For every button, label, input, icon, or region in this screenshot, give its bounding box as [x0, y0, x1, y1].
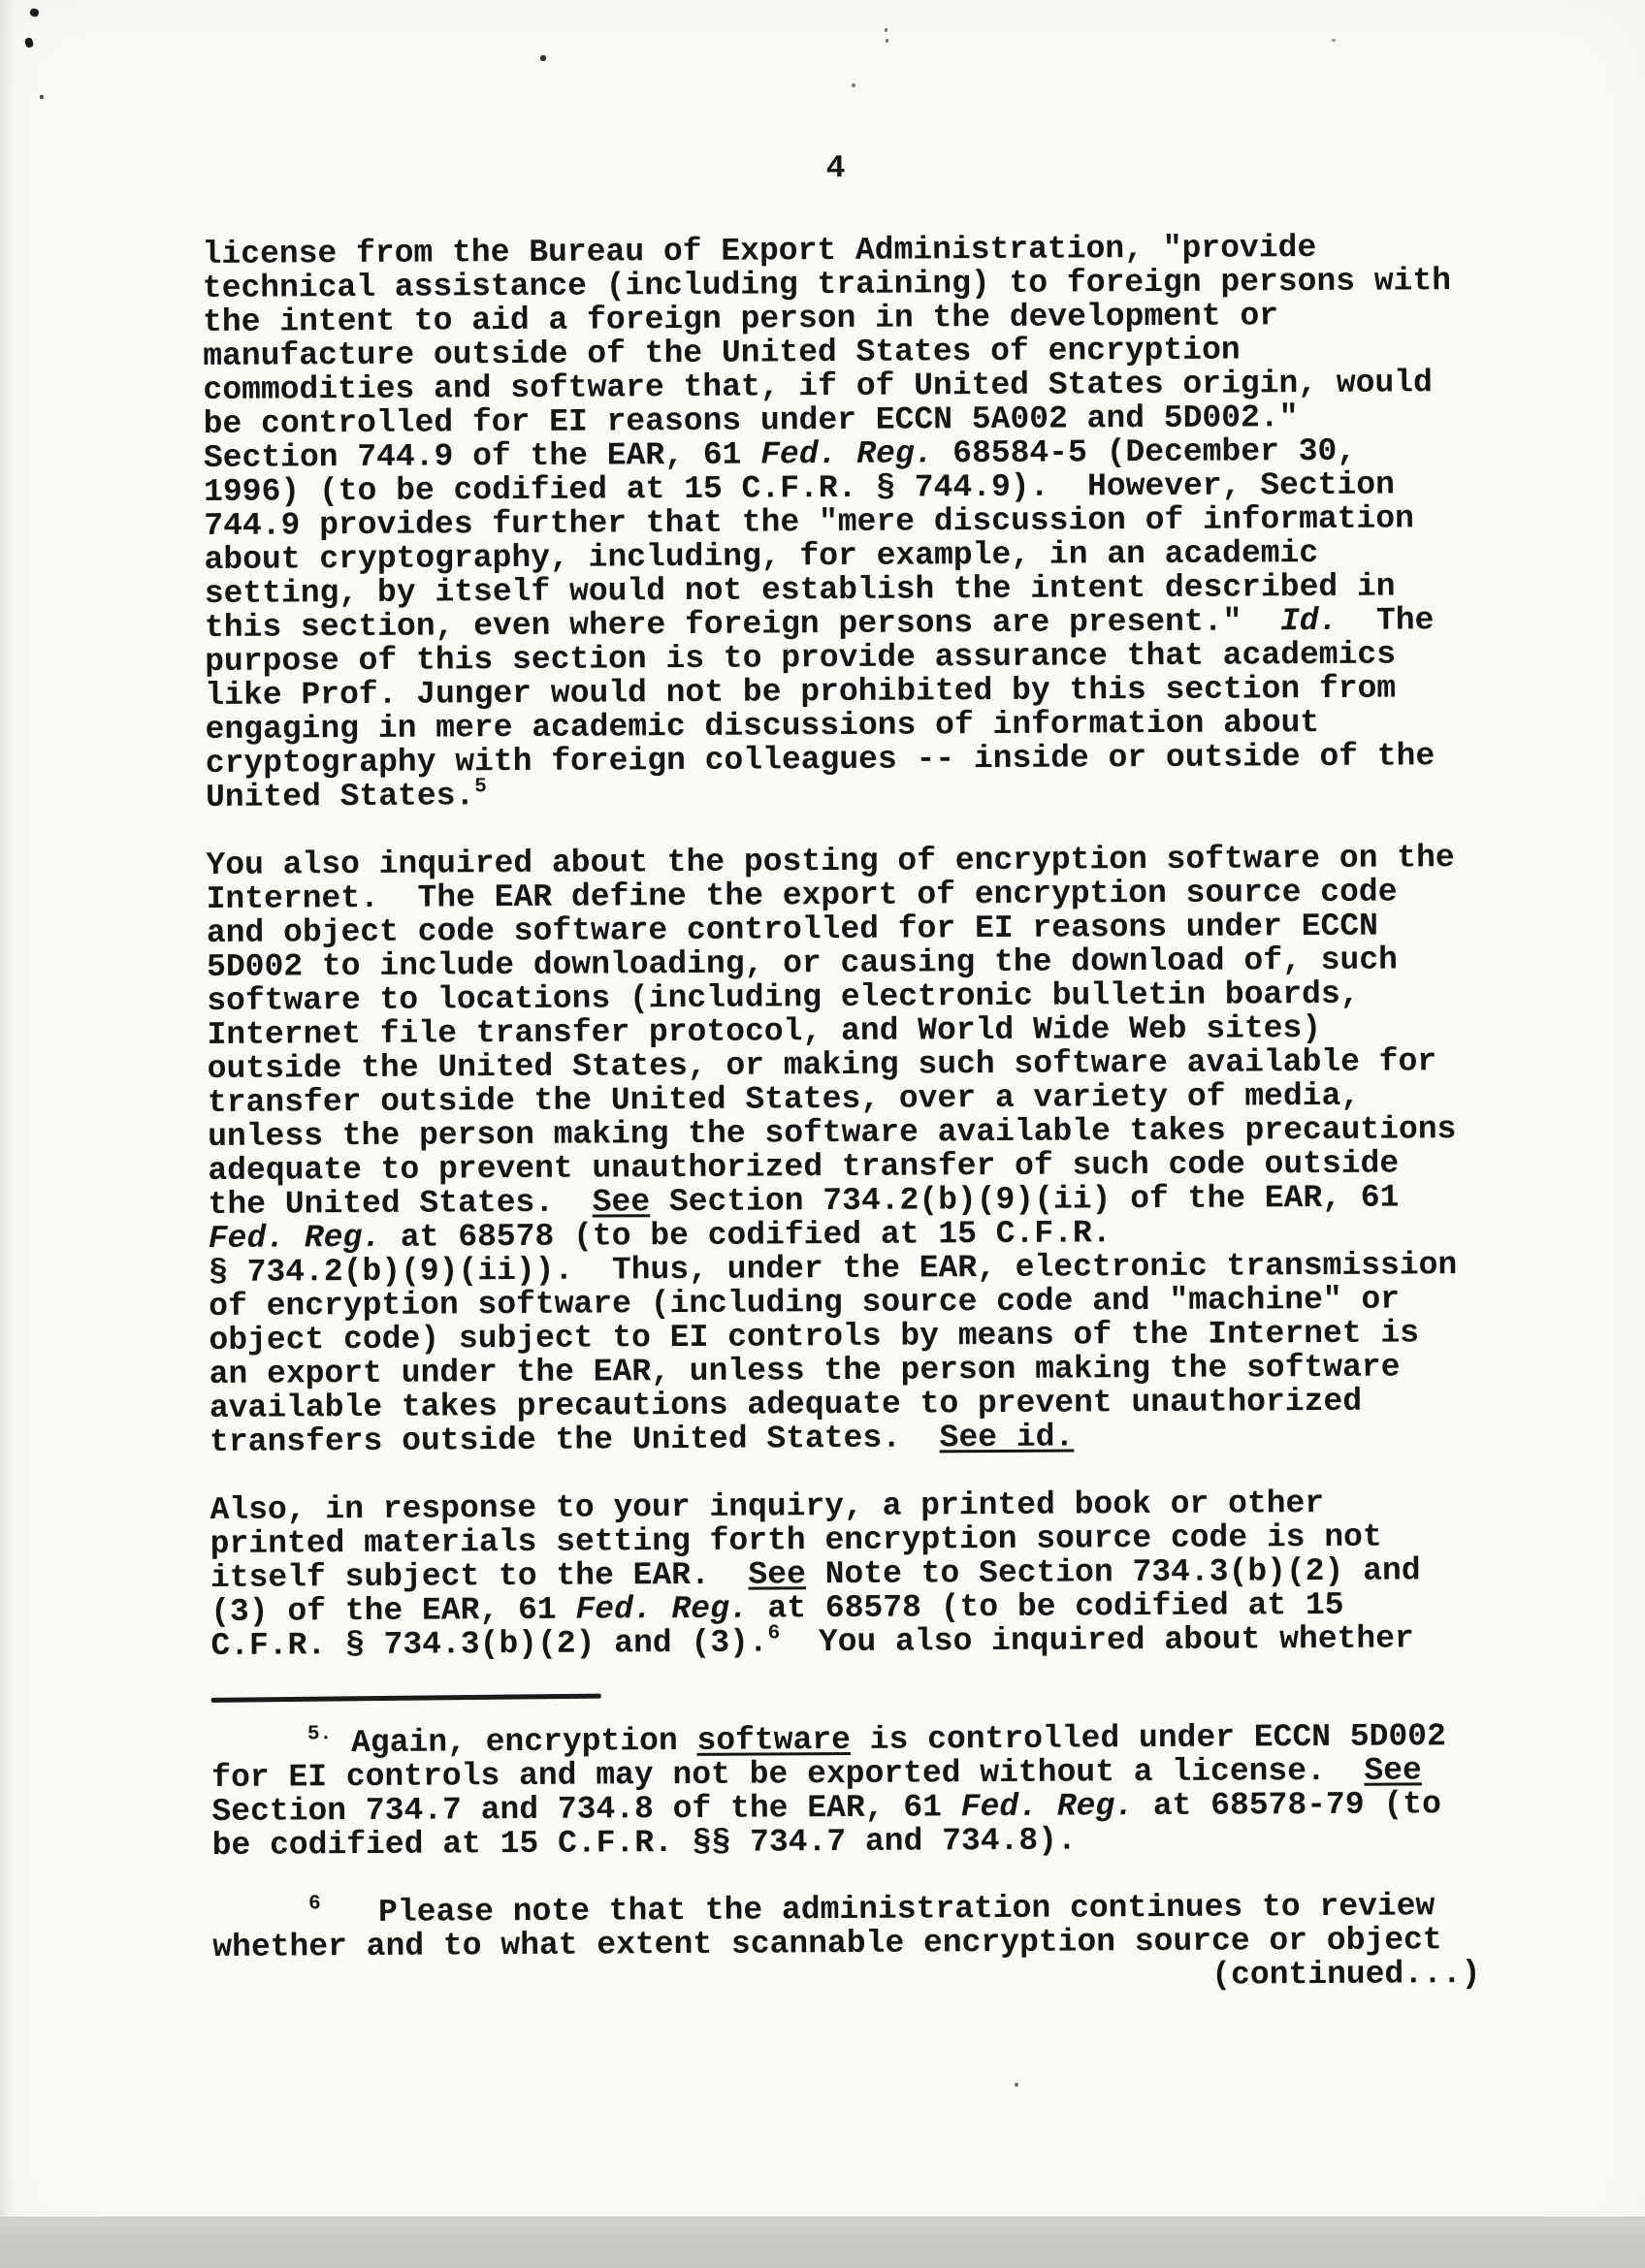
- paragraph-1: license from the Bureau of Export Admini…: [203, 230, 1487, 815]
- text-line: the United States. See Section 734.2(b)(…: [209, 1180, 1489, 1222]
- scan-artifact: [852, 83, 855, 87]
- scan-artifact: [40, 95, 44, 99]
- scan-artifact: [24, 37, 34, 48]
- scan-artifact: [540, 55, 546, 61]
- text-line: (continued...): [212, 1957, 1493, 1998]
- text-line: C.F.R. § 734.3(b)(2) and (3).6 You also …: [210, 1621, 1491, 1663]
- scan-artifact: [885, 28, 887, 32]
- footnotes: 5. Again, encryption software is control…: [211, 1719, 1494, 1998]
- footnote-5: 5. Again, encryption software is control…: [211, 1719, 1493, 1863]
- scanned-document-page: 4 license from the Bureau of Export Admi…: [0, 0, 1645, 2268]
- page-number: 4: [202, 147, 1469, 189]
- scanner-footer-band: [0, 2217, 1645, 2268]
- text-line: Section 734.7 and 734.8 of the EAR, 61 F…: [211, 1787, 1492, 1829]
- text-line: be codified at 15 C.F.R. §§ 734.7 and 73…: [212, 1821, 1493, 1863]
- text-line: technical assistance (including training…: [203, 264, 1483, 305]
- scan-edge-shadow: [0, 0, 14, 2268]
- text-line: available takes precautions adequate to …: [210, 1384, 1490, 1425]
- scan-artifact: [1015, 2083, 1018, 2087]
- document-content: 4 license from the Bureau of Export Admi…: [202, 147, 1494, 2032]
- text-line: United States.5: [206, 773, 1486, 815]
- paragraph-2: You also inquired about the posting of e…: [206, 841, 1490, 1459]
- scan-artifact: [886, 39, 888, 43]
- body-paragraphs: license from the Bureau of Export Admini…: [203, 230, 1492, 1663]
- scan-artifact: [1332, 39, 1336, 42]
- footnote-separator: [211, 1694, 601, 1703]
- text-line: cryptography with foreign colleagues -- …: [206, 739, 1486, 781]
- paragraph-3: Also, in response to your inquiry, a pri…: [210, 1485, 1491, 1663]
- text-line: transfers outside the United States. See…: [210, 1418, 1490, 1459]
- scan-artifact: [29, 8, 40, 18]
- footnote-6: 6 Please note that the administration co…: [212, 1889, 1494, 1998]
